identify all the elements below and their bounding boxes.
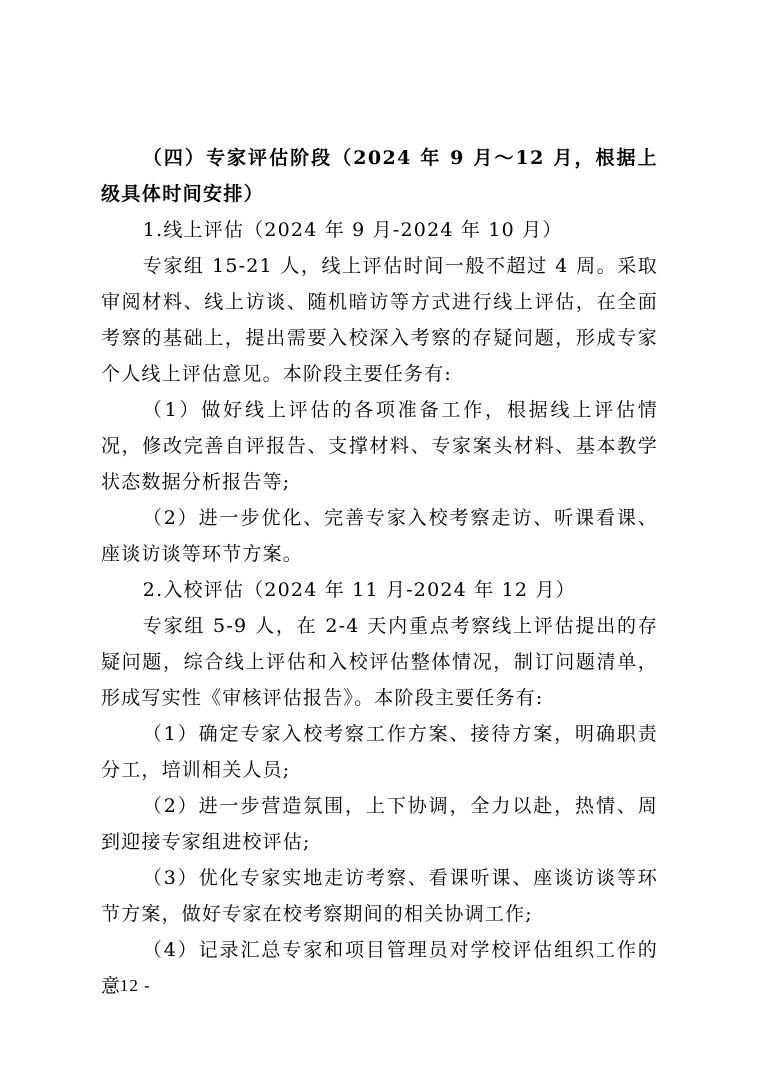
- paragraph-onsite-task-1: （1）确定专家入校考察工作方案、接待方案，明确职责分工，培训相关人员;: [101, 716, 658, 788]
- subheading-onsite-evaluation: 2.入校评估（2024 年 11 月-2024 年 12 月）: [101, 572, 658, 608]
- document-page: （四）专家评估阶段（2024 年 9 月～12 月，根据上级具体时间安排） 1.…: [0, 0, 758, 1069]
- document-body: （四）专家评估阶段（2024 年 9 月～12 月，根据上级具体时间安排） 1.…: [101, 140, 658, 1004]
- subheading-online-evaluation: 1.线上评估（2024 年 9 月-2024 年 10 月）: [101, 212, 658, 248]
- section-heading-expert-evaluation: （四）专家评估阶段（2024 年 9 月～12 月，根据上级具体时间安排）: [101, 140, 658, 212]
- paragraph-online-evaluation-intro: 专家组 15-21 人，线上评估时间一般不超过 4 周。采取审阅材料、线上访谈、…: [101, 248, 658, 392]
- page-number: - 12 -: [108, 976, 151, 996]
- paragraph-onsite-task-3: （3）优化专家实地走访考察、看课听课、座谈访谈等环节方案，做好专家在校考察期间的…: [101, 860, 658, 932]
- paragraph-onsite-task-4: （4）记录汇总专家和项目管理员对学校评估组织工作的意: [101, 932, 658, 1004]
- paragraph-online-task-1: （1）做好线上评估的各项准备工作，根据线上评估情况，修改完善自评报告、支撑材料、…: [101, 392, 658, 500]
- paragraph-online-task-2: （2）进一步优化、完善专家入校考察走访、听课看课、座谈访谈等环节方案。: [101, 500, 658, 572]
- paragraph-onsite-evaluation-intro: 专家组 5-9 人，在 2-4 天内重点考察线上评估提出的存疑问题，综合线上评估…: [101, 608, 658, 716]
- paragraph-onsite-task-2: （2）进一步营造氛围，上下协调，全力以赴，热情、周到迎接专家组进校评估;: [101, 788, 658, 860]
